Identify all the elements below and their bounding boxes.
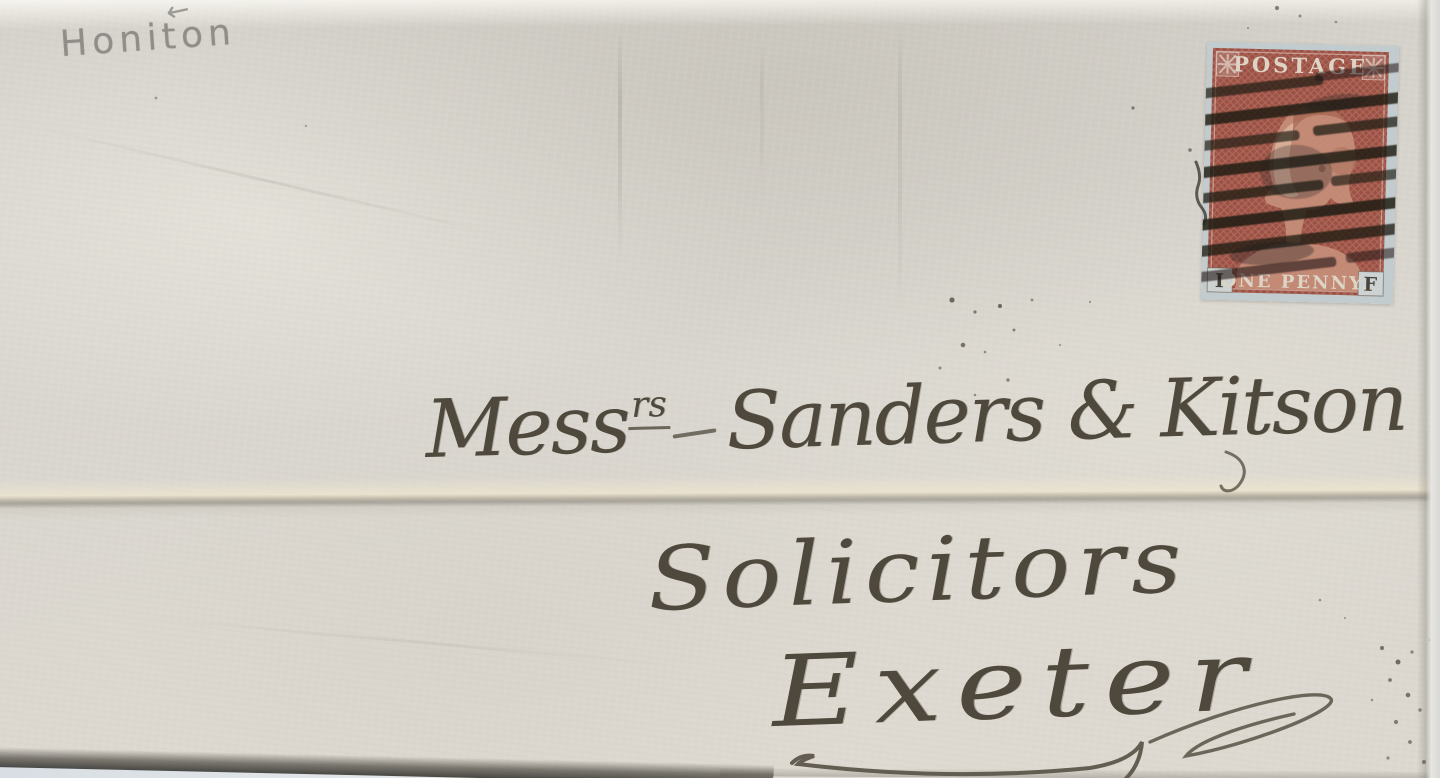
address-line-2: Solicitors [646, 509, 1190, 631]
letter-photo: Honiton ← MessrsSanders & Kitson Solicit… [0, 0, 1440, 778]
crease-line [618, 28, 622, 260]
address-honorific: Mess [424, 377, 630, 476]
paper-right-edge [1417, 0, 1440, 778]
ink-dash-flourish [673, 428, 717, 439]
fold-crease [0, 473, 1440, 519]
address-line-3: Exeter [770, 619, 1263, 750]
penny-red-stamp: POSTAGE I F ONE PENNY. [1201, 42, 1399, 305]
crease-line [760, 40, 764, 200]
crease-line [898, 16, 902, 316]
address-recipients: Sanders & Kitson [725, 356, 1408, 468]
stamp-svg: POSTAGE I F ONE PENNY. [1201, 42, 1399, 305]
address-honorific-superscript: rs [628, 384, 671, 430]
